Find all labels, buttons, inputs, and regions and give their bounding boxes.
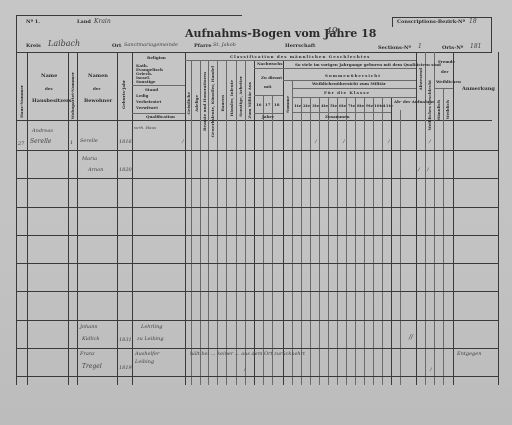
frame-conscription-left	[392, 17, 393, 27]
sheet-number: Nº 1.	[26, 20, 40, 25]
header-summe: Summe	[286, 96, 290, 113]
year-class-5: 5te	[330, 104, 337, 108]
row9-mark-2: /	[430, 368, 432, 373]
row9-remark-across: hält bei ... keiner ... aus dem Ort zurü…	[190, 352, 305, 357]
row1-mark-4: /	[388, 140, 390, 145]
row9-geburtsjahr: 1819	[119, 366, 132, 371]
jahrgang-line	[292, 97, 416, 98]
document-title: Aufnahms-Bogen vom Jahre 18	[185, 28, 376, 39]
col-line-27	[373, 97, 374, 385]
header-abwesend: Abwesend	[419, 68, 423, 90]
col-line-24	[346, 97, 347, 385]
census-sheet: Nº 1. Land Krain Conscriptions-Bezirk-Nº…	[0, 0, 512, 425]
row8-mark: //	[409, 335, 413, 341]
col-line-7	[191, 60, 192, 385]
col-line-1	[27, 52, 28, 385]
header-top-line	[16, 52, 492, 53]
col-line-34	[443, 88, 444, 385]
row1-mark-5: /	[429, 140, 431, 145]
row9-bewohner-first: Franz	[80, 352, 95, 357]
header-fremde-w: Weiblich	[446, 100, 450, 119]
col-line-14	[254, 60, 255, 385]
conscriptions-label: Conscriptions-Bezirk-Nº	[397, 20, 465, 25]
year-class-8: 8te	[357, 104, 364, 108]
title-year: 49	[326, 28, 337, 37]
year-class-1: 1te	[294, 104, 301, 108]
header-classification: Classification des männlichen Geschlecht…	[230, 55, 370, 59]
row8-bewohner-first: Johann	[80, 325, 98, 330]
class-col-5: Bauern	[221, 95, 225, 111]
row2-mark-2: /	[427, 168, 429, 173]
year-class-6: 6te	[339, 104, 346, 108]
row-line-9	[16, 376, 498, 377]
class-col-8: Zum Militär Aus	[248, 82, 252, 119]
stand-row-1: Ledig	[136, 94, 148, 98]
row1-qualification: verh. Haus	[134, 126, 156, 130]
stand-row-3: Verwitwet	[136, 106, 158, 110]
header-nachwuchs: Nachwuchs	[257, 62, 283, 66]
class-col-3: Beamte und Honoratioren	[203, 72, 207, 131]
row8-geburtsjahr: 1831	[119, 338, 132, 343]
frame-top-left	[16, 15, 242, 16]
col-line-20	[310, 97, 311, 385]
col-line-26	[364, 97, 365, 385]
col-line-16	[272, 95, 273, 385]
header-jahrgang: Für die Klasse	[324, 91, 370, 95]
row-line-4	[16, 235, 498, 236]
col-line-21	[319, 97, 320, 385]
col-line-9	[208, 60, 209, 385]
row1-mark-2: /	[315, 140, 317, 145]
col-line-35	[453, 52, 454, 385]
col-line-29	[391, 97, 392, 385]
age-16: 16	[256, 103, 262, 107]
row-line-8	[16, 348, 498, 349]
row-line-5	[16, 263, 498, 264]
header-mit: mit	[264, 85, 272, 89]
header-geburtsjahr: Geburts-Jahr	[122, 80, 126, 109]
religion-stand-divider	[132, 85, 185, 86]
col-line-5	[132, 52, 133, 385]
year-class-4: 4te	[321, 104, 328, 108]
religion-row-5: Sonstige	[136, 80, 155, 84]
row9-mark-1: /	[244, 368, 246, 373]
header-weibliches: Weibliches Geschlecht	[428, 80, 432, 130]
row1-wohnpartei: 1	[70, 141, 73, 146]
header-fremde-2: der	[441, 70, 448, 74]
pfarre-label: Pfarre	[194, 44, 212, 49]
row-line-3	[16, 207, 498, 208]
land-value: Krain	[94, 19, 111, 25]
col-line-25	[355, 97, 356, 385]
fremde-line	[434, 88, 453, 89]
header-zusammen: Zusammen	[325, 115, 350, 119]
col-line-28	[382, 97, 383, 385]
frame-right-top	[491, 17, 492, 52]
col-line-15	[263, 95, 264, 385]
age-line	[254, 95, 283, 96]
row1-mark-3: /	[343, 140, 345, 145]
age-18: 18	[274, 103, 280, 107]
row-line-6	[16, 291, 498, 292]
header-anmerkung: Anmerkung	[462, 87, 495, 92]
orts-label: Orts-Nº	[442, 46, 463, 51]
col-line-22	[328, 97, 329, 385]
col-line-11	[226, 60, 227, 385]
header-stand: Stand	[145, 88, 158, 92]
header-religion: Religion	[147, 56, 166, 60]
row-line-1	[16, 150, 498, 151]
ort-label: Ort	[112, 44, 121, 49]
header-haus-nummer: Haus-Nummer	[20, 85, 24, 118]
row9-qualification-2: Leibing	[135, 360, 154, 365]
col-line-30	[400, 110, 401, 385]
row1-haus-nummer: 27	[18, 142, 24, 147]
row1-geburtsjahr: 1816	[119, 140, 132, 145]
row2-bewohner-first: Maria	[82, 157, 97, 162]
verzeichnis-line	[292, 88, 416, 89]
row9-anmerkung: Entgegen	[457, 352, 481, 357]
row1-mark-1: /	[182, 140, 184, 145]
col-line-18	[292, 80, 293, 385]
row2-mark-1: /	[418, 168, 420, 173]
row2-bewohner-last: Arnon	[88, 168, 103, 173]
row1-besitzer-last: Serelle	[30, 139, 51, 145]
sections-value: 1	[418, 44, 422, 50]
year-class-9: 9te	[366, 104, 373, 108]
col-line-13	[245, 60, 246, 385]
header-kriegsdienst-note: So viele im vorigen Jahrgange geboren mi…	[295, 63, 441, 67]
land-label: Land	[77, 20, 91, 25]
year-class-7: 7te	[348, 104, 355, 108]
col-line-4	[117, 52, 118, 385]
frame-left-top	[16, 15, 17, 52]
year-class-3: 3te	[312, 104, 319, 108]
frame-conscription-top	[392, 17, 492, 18]
row8-qualification-1: Lehrling	[141, 325, 163, 330]
class-col-7: Sonstige, Arbeiter	[239, 76, 243, 117]
header-fremde-m: Männlich	[437, 100, 441, 121]
header-name-2: des	[45, 87, 53, 91]
kreis-label: Kreis	[26, 44, 41, 49]
col-line-10	[217, 60, 218, 385]
row8-bewohner-last: Kidlick	[82, 337, 100, 342]
header-name-3: Hausbesitzers	[32, 99, 72, 104]
kreis-value: Laibach	[48, 40, 80, 48]
header-verzeichnis: Weiblichenübersicht zum Militär	[312, 82, 386, 86]
row-line-7	[16, 320, 498, 321]
col-line-19	[301, 97, 302, 385]
col-line-8	[200, 60, 201, 385]
col-line-23	[337, 97, 338, 385]
class-col-2: Adelige	[195, 95, 199, 112]
row-line-2	[16, 178, 498, 179]
age-17: 17	[265, 103, 271, 107]
header-namen-1: Namen	[88, 74, 108, 79]
nachwuchs-line	[254, 68, 416, 69]
row9-bewohner-last: Tregel	[82, 364, 102, 370]
col-line-3	[77, 52, 78, 385]
sections-label: Sections-Nº	[378, 46, 411, 51]
row8-qualification-2: zu Leibing	[137, 337, 164, 342]
header-fremde-1: Fremde	[438, 60, 455, 64]
stand-row-2: Verheiratet	[136, 100, 161, 104]
header-wohnpartei: Wohnpartei-Nummer	[71, 72, 75, 119]
col-line-right	[498, 52, 499, 385]
class-col-1: Geistliche	[187, 92, 191, 115]
orts-value: 181	[470, 44, 481, 50]
header-qualification: Qualification	[146, 115, 175, 119]
row1-besitzer-first: Andreas	[32, 129, 53, 134]
row2-geburtsjahr: 1820	[119, 168, 132, 173]
header-jahre: Jahre	[262, 115, 274, 119]
col-line-17	[283, 60, 284, 385]
header-summenuebersicht: Summenübersicht	[325, 74, 381, 78]
year-class-11: 11te	[383, 104, 393, 108]
year-class-2: 2te	[303, 104, 310, 108]
year-classes-line	[292, 112, 391, 113]
col-line-12	[236, 60, 237, 385]
classification-title-line	[185, 60, 416, 61]
header-zu-dienst: Zu dienst	[261, 76, 282, 80]
header-namen-2: der	[93, 87, 100, 91]
pfarre-value: St. Jakob	[213, 43, 236, 48]
header-namen-3: Bewohner	[84, 99, 112, 104]
col-line-left	[16, 52, 17, 385]
class-col-6: Häusler, Inleute	[230, 80, 234, 116]
ort-value: Sanctmariagemeinde	[124, 43, 178, 48]
header-fremde-3: Weiblichen	[436, 80, 461, 84]
conscriptions-value: 18	[469, 19, 477, 25]
class-col-4: Gewerbsleute, Künstler, Handel	[211, 66, 215, 137]
row9-qualification-1: Aushelfer	[135, 352, 159, 357]
row1-bewohner: Serelle	[80, 139, 98, 144]
header-name-1: Name	[41, 74, 57, 79]
herrschaft-label: Herrschaft	[285, 44, 315, 49]
